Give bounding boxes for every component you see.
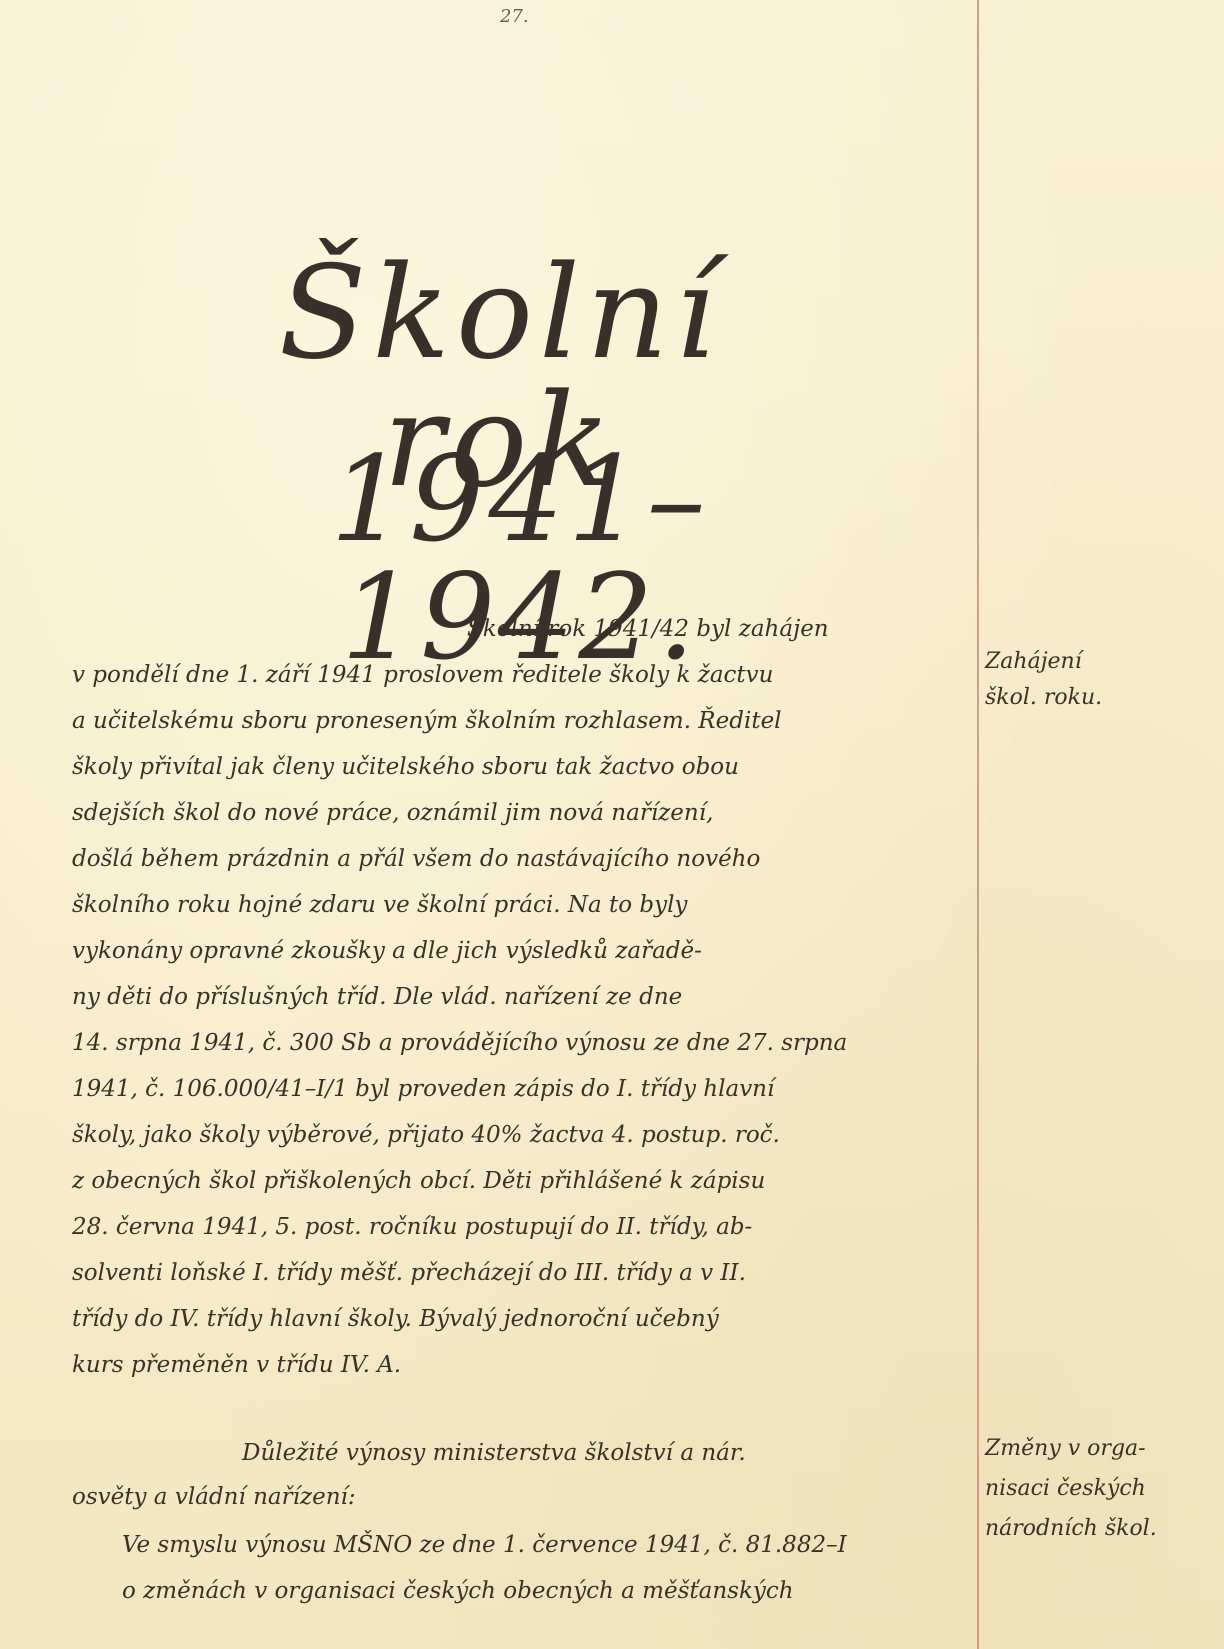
margin-rule	[977, 0, 979, 1649]
text-line: 14. srpna 1941, č. 300 Sb a provádějícíh…	[72, 1026, 847, 1060]
text-line: osvěty a vládní nařízení:	[72, 1480, 356, 1514]
text-line: kurs přeměněn v třídu IV. A.	[72, 1348, 401, 1382]
margin-note-line: nisaci českých	[985, 1472, 1146, 1506]
text-line: 1941, č. 106.000/41–I/1 byl proveden záp…	[72, 1072, 774, 1106]
text-line: Ve smyslu výnosu MŠNO ze dne 1. července…	[72, 1528, 847, 1562]
text-line: o změnách v organisaci českých obecných …	[72, 1574, 794, 1608]
margin-note-line: Změny v orga-	[985, 1432, 1146, 1466]
ledger-page: 27. Školní rok 1941–1942. Školní rok 194…	[0, 0, 1224, 1649]
text-line: ny děti do příslušných tříd. Dle vlád. n…	[72, 980, 682, 1014]
text-line: Školní rok 1941/42 byl zahájen	[72, 612, 829, 646]
text-line: školního roku hojné zdaru ve školní prác…	[72, 888, 687, 922]
text-line: vykonány opravné zkoušky a dle jich výsl…	[72, 934, 702, 968]
text-line: Důležité výnosy ministerstva školství a …	[72, 1436, 746, 1470]
text-line: solventi loňské I. třídy měšť. přecházej…	[72, 1256, 746, 1290]
text-line: a učitelskému sboru proneseným školním r…	[72, 704, 782, 738]
margin-note-line: národních škol.	[985, 1512, 1157, 1546]
text-line: z obecných škol přiškolených obcí. Děti …	[72, 1164, 765, 1198]
text-line: došlá během prázdnin a přál všem do nast…	[72, 842, 760, 876]
text-line: školy, jako školy výběrové, přijato 40% …	[72, 1118, 780, 1152]
text-line: třídy do IV. třídy hlavní školy. Bývalý …	[72, 1302, 719, 1336]
text-line: školy přivítal jak členy učitelského sbo…	[72, 750, 739, 784]
text-line: sdejších škol do nové práce, oznámil jim…	[72, 796, 713, 830]
text-line: v pondělí dne 1. září 1941 proslovem řed…	[72, 658, 773, 692]
margin-note-line: Zahájení	[985, 645, 1082, 679]
margin-note-line: škol. roku.	[985, 681, 1102, 715]
page-number: 27.	[500, 6, 529, 27]
text-line: 28. června 1941, 5. post. ročníku postup…	[72, 1210, 752, 1244]
